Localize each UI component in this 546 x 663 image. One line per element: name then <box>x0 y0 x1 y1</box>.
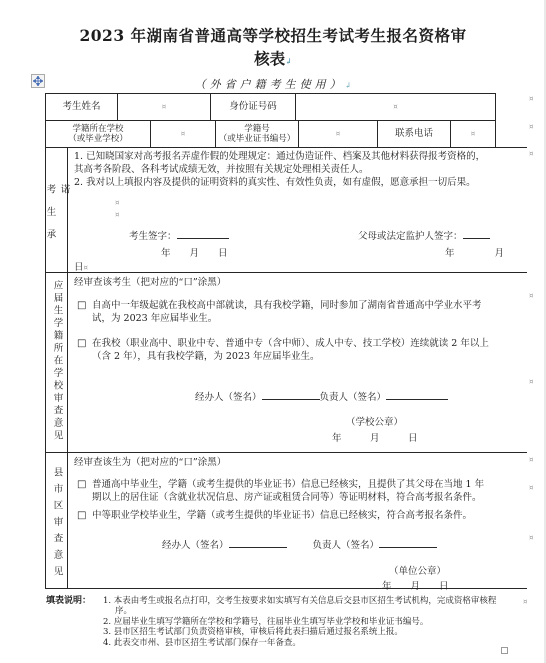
note-item-3: 3. 县市区招生考试部门负责资格审核，审核后将此表扫描后通过报名系统上报。 <box>103 627 532 637</box>
chief-signature-line <box>386 390 448 400</box>
school-seal-label: （学校公章） <box>346 414 403 428</box>
row-end-mark-icon: ¤ <box>529 124 533 131</box>
guardian-date-year: 年 <box>445 248 455 259</box>
school-label: 学籍所在学校 （或毕业学校） <box>46 121 151 148</box>
candidate-name-value-cell[interactable]: ¤ <box>118 94 211 121</box>
guardian-date-month: 月 <box>495 248 505 259</box>
form-title-line2: 核表↲ <box>0 47 546 69</box>
unit-seal-label: （单位公章） <box>389 563 446 577</box>
student-id-label: 学籍号 （或毕业证书编号） <box>216 121 299 148</box>
stray-checkbox[interactable] <box>501 647 508 654</box>
promise-section-side: 考生承诺 <box>46 148 68 272</box>
candidate-signature-line <box>177 229 229 239</box>
candidate-signature-label: 考生签字： <box>129 231 177 242</box>
city-review-side: 县市区审查意见 <box>46 453 68 588</box>
review-table: 考生承诺 1. 已知晓国家对高考报名弄虚作假的处理规定：通过伪造证件、档案及其他… <box>45 147 527 589</box>
table-move-handle[interactable] <box>31 74 45 88</box>
city-review-section: 县市区审查意见 经审查该生为（把对应的“口”涂黑） □ 普通高中毕业生，学籍（或… <box>46 453 527 589</box>
promise-section: 考生承诺 1. 已知晓国家对高考报名弄虚作假的处理规定：通过伪造证件、档案及其他… <box>46 148 527 273</box>
cell-end-mark-icon: ¤ <box>336 131 340 138</box>
chief-signature-line <box>379 538 437 548</box>
phone-label: 联系电话 <box>378 121 451 148</box>
checkbox-icon[interactable]: □ <box>77 478 92 504</box>
school-review-option-1-text: 自高中一年级起就在我校高中部就读，具有我校学籍，同时参加了湖南省普通高中学业水平… <box>92 299 482 325</box>
checkbox-icon[interactable]: □ <box>77 337 92 363</box>
city-review-option-2: □ 中等职业学校毕业生，学籍（或考生提供的毕业证书）信息已经核实，符合高考报名条… <box>77 509 525 522</box>
handler-signature-label: 经办人（签名） <box>195 392 262 403</box>
cell-end-mark-icon: ¤ <box>393 104 397 111</box>
chief-signature-label: 负责人（签名） <box>313 540 380 551</box>
promise-content: 1. 已知晓国家对高考报名弄虚作假的处理规定：通过伪造证件、档案及其他材料获得报… <box>69 148 527 272</box>
note-item-2: 2. 应届毕业生填写学籍所在学校和学籍号，往届毕业生填写毕业学校和毕业证书编号。 <box>103 617 532 627</box>
guardian-signature-row: 父母或法定监护人签字： <box>358 228 490 242</box>
chief-signature-label: 负责人（签名） <box>320 392 387 403</box>
row-end-mark-icon: ¤ <box>529 485 533 492</box>
cell-end-mark-icon: ¤ <box>471 131 475 138</box>
paragraph-mark-icon: ↲ <box>345 81 352 90</box>
school-review-option-2: □ 在我校（职业高中、职业中专、普通中专（含中师）、成人中专、技工学校）连续就读… <box>77 337 523 363</box>
phone-value-cell[interactable]: ¤ <box>451 121 496 148</box>
checkbox-icon[interactable]: □ <box>77 509 92 522</box>
notes-label: 填表说明： <box>46 596 103 648</box>
form-subtitle-text: （外省户籍考生使用） <box>195 78 345 91</box>
form-title-line2-text: 核表 <box>254 49 285 68</box>
handler-signature-line <box>229 538 287 548</box>
guardian-sign-date: 年月 <box>445 245 504 259</box>
row-end-mark-icon: ¤ <box>529 151 533 158</box>
note-item-1: 1. 本表由考生或报名点打印，交考生按要求如实填写有关信息后交县市区招生考试机构… <box>103 596 532 616</box>
checkbox-icon[interactable]: □ <box>77 299 92 325</box>
form-title-line1: 2023 年湖南省普通高等学校招生考试考生报名资格审 <box>0 24 546 46</box>
document-page: 2023 年湖南省普通高等学校招生考试考生报名资格审 核表↲ （外省户籍考生使用… <box>0 0 546 663</box>
school-review-content: 经审查该考生（把对应的“口”涂黑） □ 自高中一年级起就在我校高中部就读，具有我… <box>69 273 527 452</box>
promise-clause-1: 1. 已知晓国家对高考报名弄虚作假的处理规定：通过伪造证件、档案及其他材料获得报… <box>74 151 524 177</box>
school-review-intro: 经审查该考生（把对应的“口”涂黑） <box>74 277 522 290</box>
city-review-intro: 经审查该生为（把对应的“口”涂黑） <box>74 457 522 470</box>
school-review-option-2-text: 在我校（职业高中、职业中专、普通中专（含中师）、成人中专、技工学校）连续就读 2… <box>92 337 489 363</box>
school-review-signature-row: 经办人（签名）负责人（签名） <box>195 389 448 403</box>
candidate-name-label: 考生姓名 <box>46 94 118 121</box>
form-notes: 填表说明： 1. 本表由考生或报名点打印，交考生按要求如实填写有关信息后交县市区… <box>46 596 532 648</box>
school-review-side: 应届生学籍所在学校审查意见 <box>46 273 68 452</box>
info-table: 考生姓名 ¤ 身份证号码 ¤ 学籍所在学校 （或毕业学校） ¤ 学籍号 （或毕业… <box>45 93 496 148</box>
school-review-section: 应届生学籍所在学校审查意见 经审查该考生（把对应的“口”涂黑） □ 自高中一年级… <box>46 273 527 453</box>
row-end-mark-icon: ¤ <box>529 96 533 103</box>
guardian-signature-label: 父母或法定监护人签字： <box>358 231 463 242</box>
cell-end-mark-icon: ¤ <box>162 104 166 111</box>
promise-clause-2: 2. 我对以上填报内容及提供的证明资料的真实性、有效性负责，如有虚假，愿意承担一… <box>74 177 524 190</box>
city-review-option-1-text: 普通高中毕业生，学籍（或考生提供的毕业证书）信息已经核实，且提供了其父母在当地 … <box>92 478 484 504</box>
cell-end-mark-icon: ¤ <box>181 131 185 138</box>
city-review-date: 年 月 日 <box>382 578 449 592</box>
move-arrows-icon <box>33 76 43 86</box>
student-id-value-cell[interactable]: ¤ <box>299 121 378 148</box>
row-end-mark-icon: ¤ <box>529 293 533 300</box>
row-end-mark-icon: ¤ <box>529 457 533 464</box>
note-item-4: 4. 此表交市州、县市区招生考试部门保存一年备查。 <box>103 638 532 648</box>
city-review-side-label: 县市区审查意见 <box>50 453 64 588</box>
city-review-content: 经审查该生为（把对应的“口”涂黑） □ 普通高中毕业生，学籍（或考生提供的毕业证… <box>69 453 527 588</box>
guardian-signature-line <box>463 229 490 239</box>
id-number-value-cell[interactable]: ¤ <box>296 94 496 121</box>
cell-end-mark-icon: ¤ <box>115 212 119 219</box>
handler-signature-label: 经办人（签名） <box>162 540 229 551</box>
school-review-option-1: □ 自高中一年级起就在我校高中部就读，具有我校学籍，同时参加了湖南省普通高中学业… <box>77 299 523 325</box>
school-review-side-label: 应届生学籍所在学校审查意见 <box>50 273 64 452</box>
handler-signature-line <box>262 390 320 400</box>
guardian-date-day: 日 <box>74 262 84 273</box>
promise-side-label: 考生承诺 <box>43 148 71 272</box>
candidate-signature-row: 考生签字： <box>129 228 229 242</box>
guardian-date-wrap: 日¤ <box>74 259 88 273</box>
school-value-cell[interactable]: ¤ <box>151 121 216 148</box>
row-end-mark-icon: ¤ <box>529 379 533 386</box>
id-number-label: 身份证号码 <box>211 94 296 121</box>
city-review-option-2-text: 中等职业学校毕业生，学籍（或考生提供的毕业证书）信息已经核实，符合高考报名条件。 <box>92 509 472 522</box>
row-end-mark-icon: ¤ <box>529 535 533 542</box>
notes-items: 1. 本表由考生或报名点打印，交考生按要求如实填写有关信息后交县市区招生考试机构… <box>103 596 532 648</box>
city-review-option-1: □ 普通高中毕业生，学籍（或考生提供的毕业证书）信息已经核实，且提供了其父母在当… <box>77 478 525 504</box>
candidate-sign-date: 年 月 日 <box>161 245 228 259</box>
city-review-signature-row: 经办人（签名）负责人（签名） <box>162 537 437 551</box>
cell-end-mark-icon: ¤ <box>115 200 119 207</box>
cell-end-mark-icon: ¤ <box>84 264 88 272</box>
paragraph-mark-icon: ↲ <box>285 56 292 66</box>
form-subtitle: （外省户籍考生使用）↲ <box>0 76 546 92</box>
school-review-date: 年 月 日 <box>332 430 418 444</box>
